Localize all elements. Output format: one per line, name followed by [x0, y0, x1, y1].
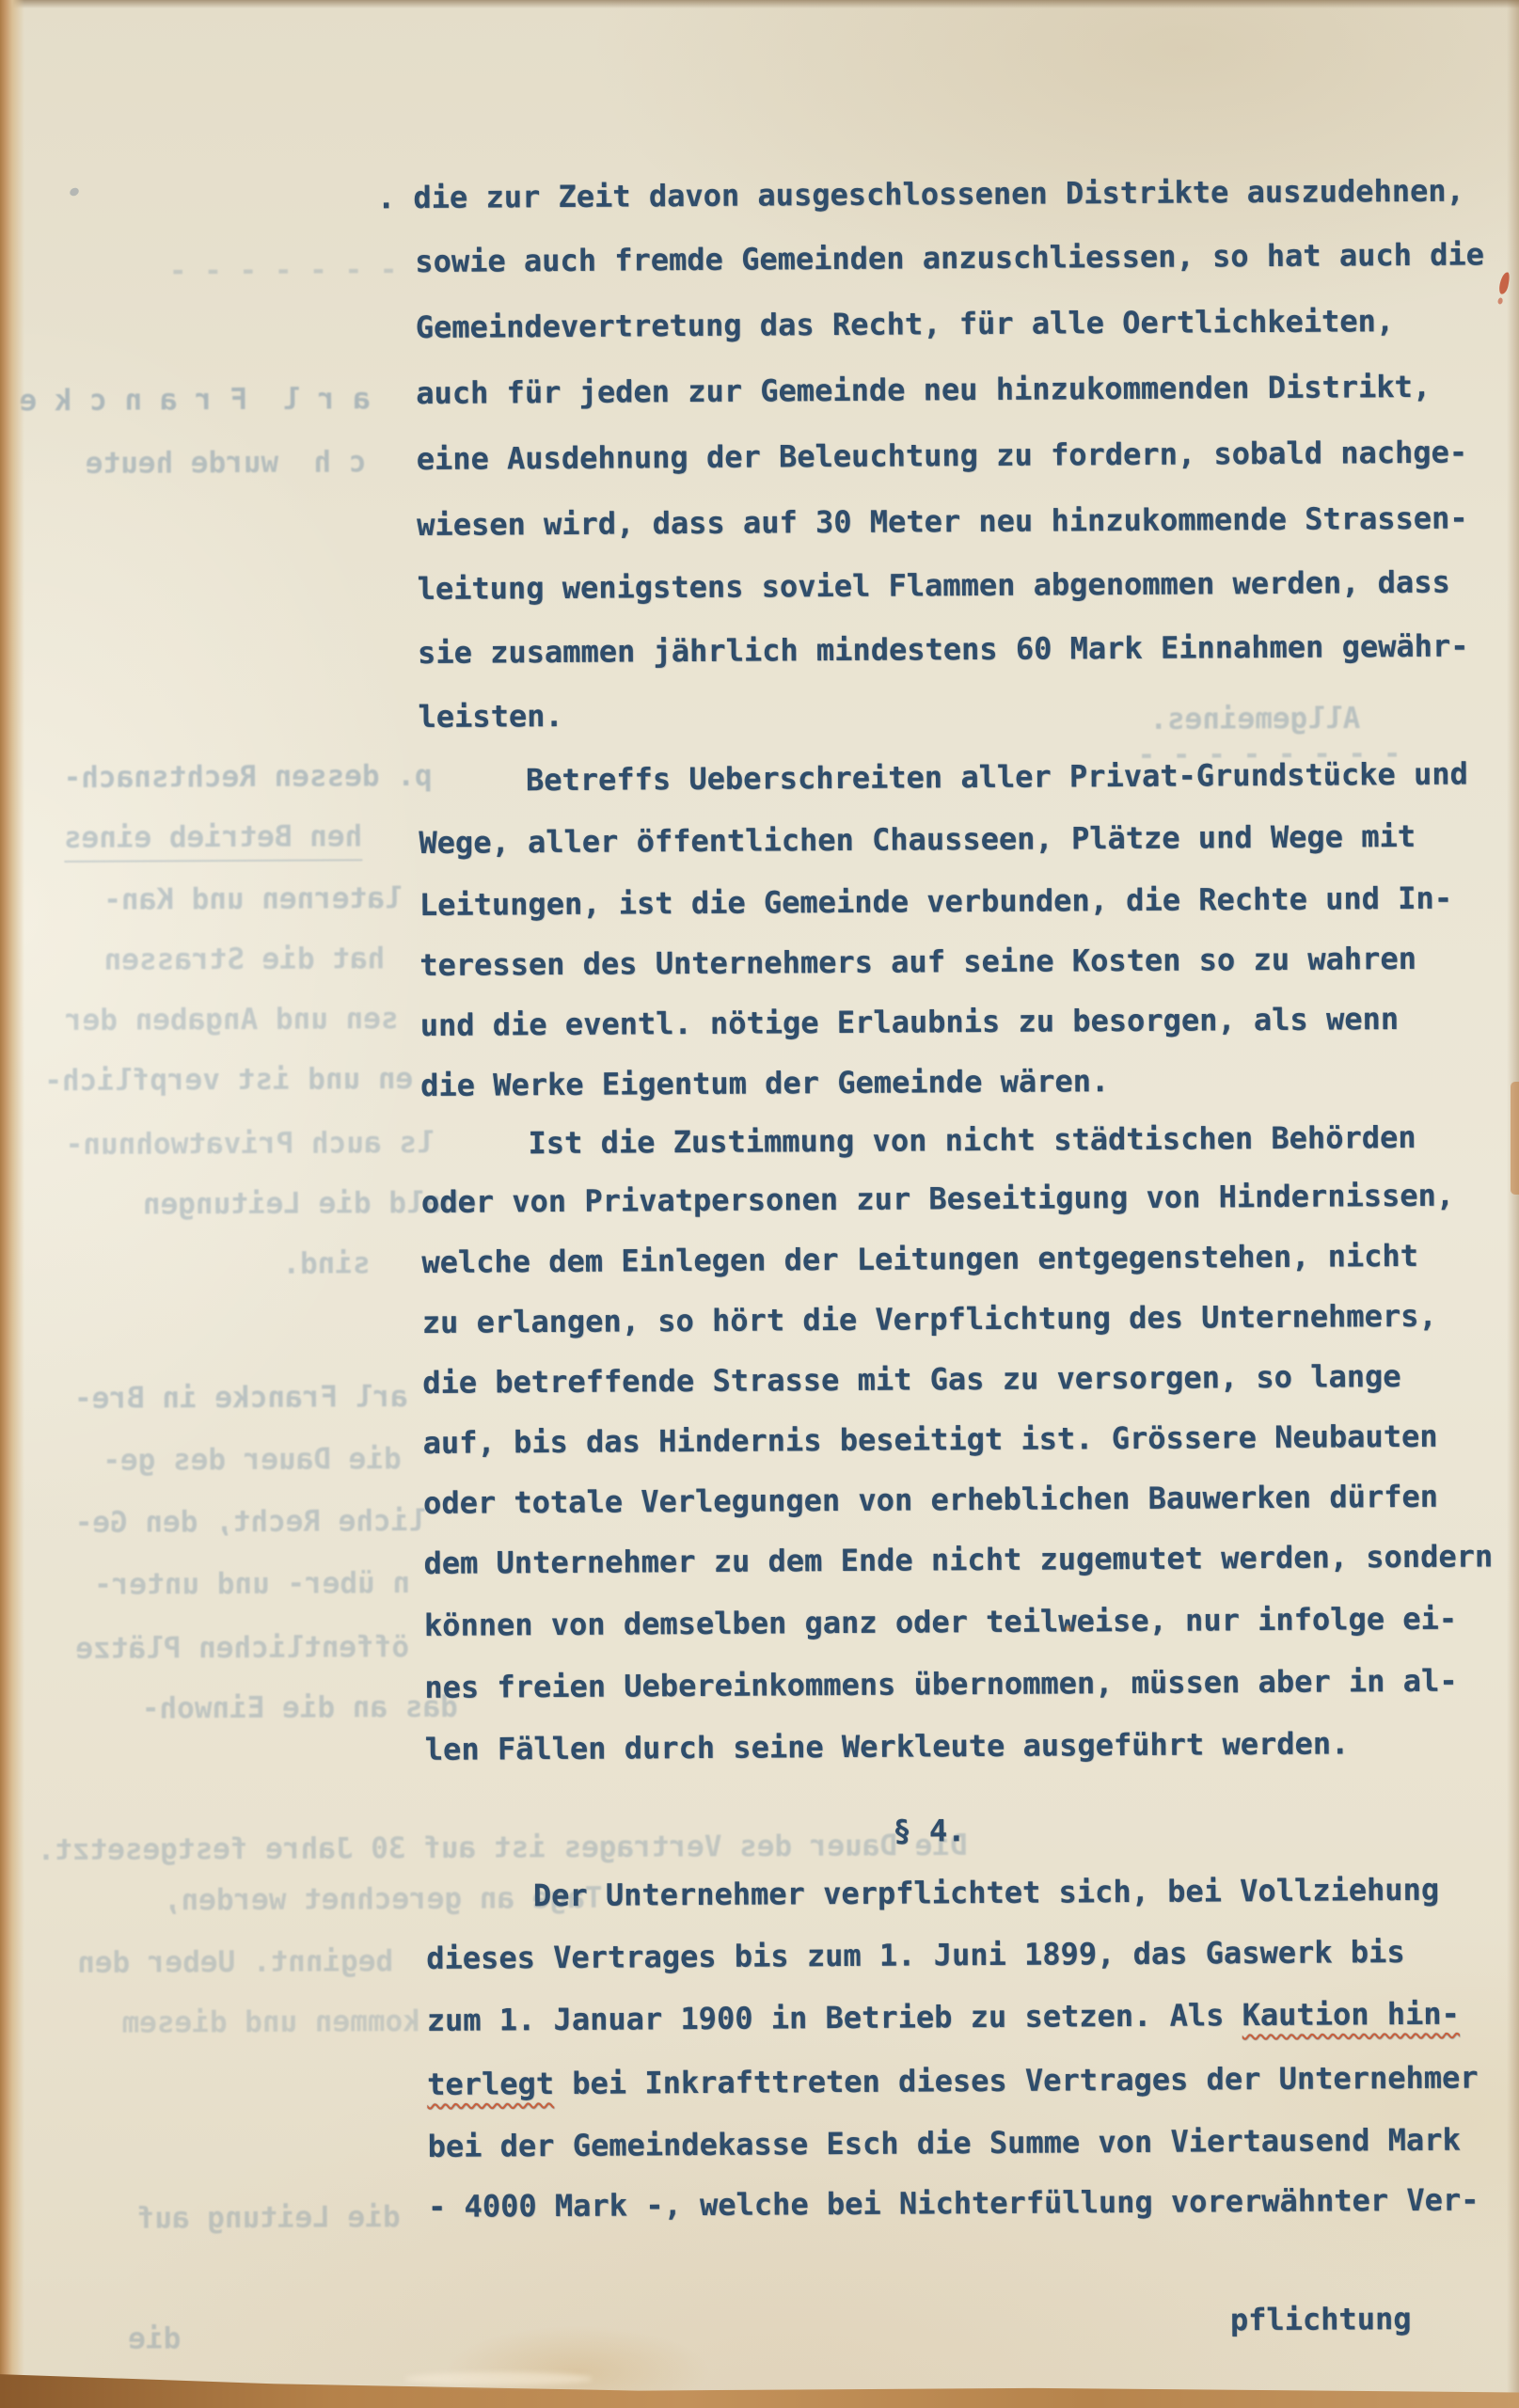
page-right-edge — [1507, 0, 1519, 2408]
typed-line: oder totale Verlegungen von erheblichen … — [423, 1478, 1438, 1522]
typed-text-layer: . die zur Zeit davon ausgeschlossenen Di… — [0, 0, 1519, 2408]
typed-text: zum 1. Januar 1900 in Betrieb zu setzen.… — [427, 1997, 1242, 2038]
typed-line: Wege, aller öffentlichen Chausseen, Plät… — [419, 817, 1416, 862]
page-right-edge-gap — [1511, 1082, 1519, 1195]
red-underlined-text: terlegt — [427, 2066, 554, 2102]
catchword: pflichtung — [1230, 2300, 1412, 2338]
typed-line: und die eventl. nötige Erlaubnis zu beso… — [420, 1000, 1400, 1044]
red-underlined-text: Kaution hin- — [1242, 1996, 1460, 2034]
typed-line: die betreffende Strasse mit Gas zu verso… — [422, 1357, 1401, 1402]
typed-line: zu erlangen, so hört die Verpflichtung d… — [422, 1297, 1437, 1341]
typed-line: len Fällen durch seine Werkleute ausgefü… — [425, 1724, 1350, 1768]
typed-line: auch für jeden zur Gemeinde neu hinzukom… — [416, 368, 1431, 412]
typed-line: Leitungen, ist die Gemeinde verbunden, d… — [419, 879, 1452, 924]
typed-line: wiesen wird, dass auf 30 Meter neu hinzu… — [417, 499, 1468, 544]
typed-line: die Werke Eigentum der Gemeinde wären. — [420, 1062, 1109, 1104]
typed-line: Betreffs Ueberschreiten aller Privat-Gru… — [526, 755, 1468, 800]
typed-line: Gemeindevertretung das Recht, für alle O… — [416, 302, 1395, 346]
typed-line: Ist die Zustimmung von nicht städtischen… — [528, 1118, 1416, 1162]
typed-text: bei Inkrafttreten dieses Vertrages der U… — [554, 2060, 1479, 2102]
typed-line: sie zusammen jährlich mindestens 60 Mark… — [418, 627, 1469, 672]
typed-line: dem Unternehmer zu dem Ende nicht zugemu… — [423, 1537, 1493, 1582]
typed-line: zum 1. Januar 1900 in Betrieb zu setzen.… — [427, 1995, 1460, 2039]
scanned-document-page: - - - - - - - -a r l F r a n c k ec h wu… — [0, 0, 1519, 2408]
typed-line: teressen des Unternehmers auf seine Kost… — [419, 940, 1416, 984]
typed-line: leitung wenigstens soviel Flammen abgeno… — [418, 563, 1450, 608]
backing-paper-highlight — [404, 2372, 593, 2385]
typed-line: bei der Gemeindekasse Esch die Summe von… — [428, 2121, 1461, 2165]
typed-line: Der Unternehmer verpflichtet sich, bei V… — [533, 1871, 1440, 1914]
typed-line: auf, bis das Hindernis beseitigt ist. Gr… — [423, 1418, 1438, 1462]
typed-line: . die zur Zeit davon ausgeschlossenen Di… — [377, 172, 1464, 217]
typed-line: - 4000 Mark -, welche bei Nichterfüllung… — [428, 2181, 1479, 2226]
typed-line: können von demselben ganz oder teilweise… — [424, 1600, 1457, 1644]
typed-line: dieses Vertrages bis zum 1. Juni 1899, d… — [426, 1933, 1405, 1977]
typed-line: eine Ausdehnung der Beleuchtung zu forde… — [417, 434, 1468, 478]
ink-speck — [1066, 1625, 1071, 1631]
section-heading: § 4. — [893, 1812, 965, 1850]
typed-line: terlegt bei Inkrafttreten dieses Vertrag… — [427, 2059, 1479, 2103]
page-top-edge — [0, 0, 1519, 8]
page-left-edge — [0, 0, 24, 2408]
typed-line: oder von Privatpersonen zur Beseitigung … — [421, 1177, 1454, 1221]
typed-line: sowie auch fremde Gemeinden anzuschliess… — [415, 235, 1484, 280]
typed-line: nes freien Uebereinkommens übernommen, m… — [424, 1662, 1457, 1706]
typed-line: welche dem Einlegen der Leitungen entgeg… — [421, 1237, 1418, 1281]
typed-line: leisten. — [418, 697, 562, 736]
